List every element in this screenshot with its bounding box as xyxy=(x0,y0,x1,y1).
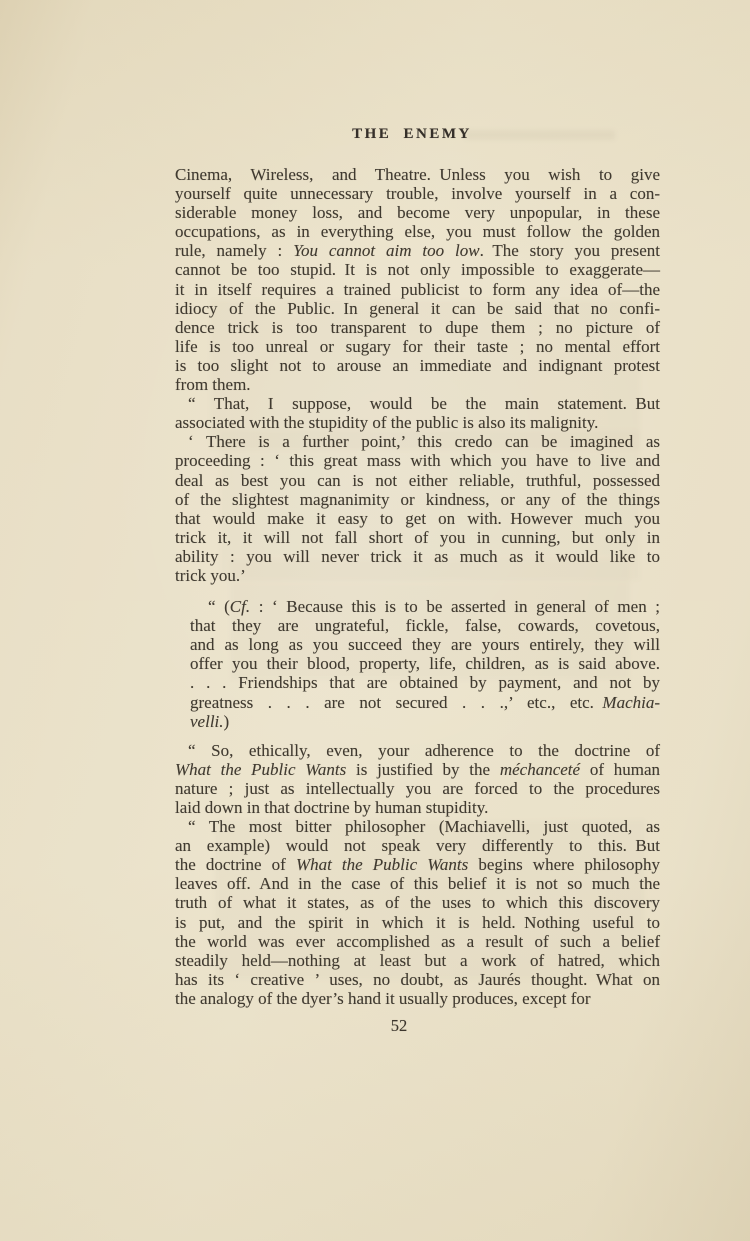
text-line: proceeding : ‘ this great mass with whic… xyxy=(175,451,660,470)
text-line: that would make it easy to get on with. … xyxy=(175,509,660,528)
text-line: idiocy of the Public. In general it can … xyxy=(175,299,660,318)
text-line: associated with the stupidity of the pub… xyxy=(175,413,660,432)
text-line: “ That, I suppose, would be the main sta… xyxy=(175,394,660,413)
paragraph: ‘ There is a further point,’ this credo … xyxy=(175,432,660,585)
text-line: from them. xyxy=(175,375,660,394)
paragraph: “ That, I suppose, would be the main sta… xyxy=(175,394,660,432)
text-line: that they are ungrateful, fickle, false,… xyxy=(190,616,660,635)
text-block: Cinema, Wireless, and Theatre. Unless yo… xyxy=(175,165,660,1008)
text-line: ‘ There is a further point,’ this credo … xyxy=(175,432,660,451)
text-line: nature ; just as intellectually you are … xyxy=(175,779,660,798)
text-line: laid down in that doctrine by human stup… xyxy=(175,798,660,817)
text-line: steadily held—nothing at least but a wor… xyxy=(175,951,660,970)
text-line: dence trick is too transparent to dupe t… xyxy=(175,318,660,337)
text-line: of the slightest magnanimity or kindness… xyxy=(175,490,660,509)
paragraph: “ So, ethically, even, your adherence to… xyxy=(175,741,660,817)
text-line: is put, and the spirit in which it is he… xyxy=(175,913,660,932)
text-line: “ So, ethically, even, your adherence to… xyxy=(175,741,660,760)
text-line: rule, namely : You cannot aim too low. T… xyxy=(175,241,660,260)
text-line: offer you their blood, property, life, c… xyxy=(190,654,660,673)
paragraph: “ The most bitter philosopher (Machiavel… xyxy=(175,817,660,1008)
text-line: siderable money loss, and become very un… xyxy=(175,203,660,222)
text-line: an example) would not speak very differe… xyxy=(175,836,660,855)
text-line: truth of what it states, as of the uses … xyxy=(175,893,660,912)
text-line: velli.) xyxy=(190,712,660,731)
text-line: deal as best you can is not either relia… xyxy=(175,471,660,490)
text-line: “ (Cf. : ‘ Because this is to be asserte… xyxy=(190,597,660,616)
text-line: life is too unreal or sugary for their t… xyxy=(175,337,660,356)
text-line: the world was ever accomplished as a res… xyxy=(175,932,660,951)
text-line: ability : you will never trick it as muc… xyxy=(175,547,660,566)
text-line: the analogy of the dyer’s hand it usuall… xyxy=(175,989,660,1008)
text-line: cannot be too stupid. It is not only imp… xyxy=(175,260,660,279)
text-line: the doctrine of What the Public Wants be… xyxy=(175,855,660,874)
text-line: has its ‘ creative ’ uses, no doubt, as … xyxy=(175,970,660,989)
running-header: THE ENEMY xyxy=(352,126,472,143)
text-line: is too slight not to arouse an immediate… xyxy=(175,356,660,375)
page-number: 52 xyxy=(391,1016,408,1036)
text-line: occupations, as in everything else, you … xyxy=(175,222,660,241)
book-page-scan: THE ENEMY Cinema, Wireless, and Theatre.… xyxy=(0,0,750,1241)
paragraph: Cinema, Wireless, and Theatre. Unless yo… xyxy=(175,165,660,394)
text-line: What the Public Wants is justified by th… xyxy=(175,760,660,779)
text-line: trick it, it will not fall short of you … xyxy=(175,528,660,547)
text-line: “ The most bitter philosopher (Machiavel… xyxy=(175,817,660,836)
text-line: . . . Friendships that are obtained by p… xyxy=(190,673,660,692)
text-line: it in itself requires a trained publicis… xyxy=(175,280,660,299)
text-line: trick you.’ xyxy=(175,566,660,585)
blockquote-paragraph: “ (Cf. : ‘ Because this is to be asserte… xyxy=(190,597,660,731)
text-line: Cinema, Wireless, and Theatre. Unless yo… xyxy=(175,165,660,184)
text-line: and as long as you succeed they are your… xyxy=(190,635,660,654)
text-line: yourself quite unnecessary trouble, invo… xyxy=(175,184,660,203)
text-line: greatness . . . are not secured . . .,’ … xyxy=(190,693,660,712)
text-line: leaves off. And in the case of this beli… xyxy=(175,874,660,893)
